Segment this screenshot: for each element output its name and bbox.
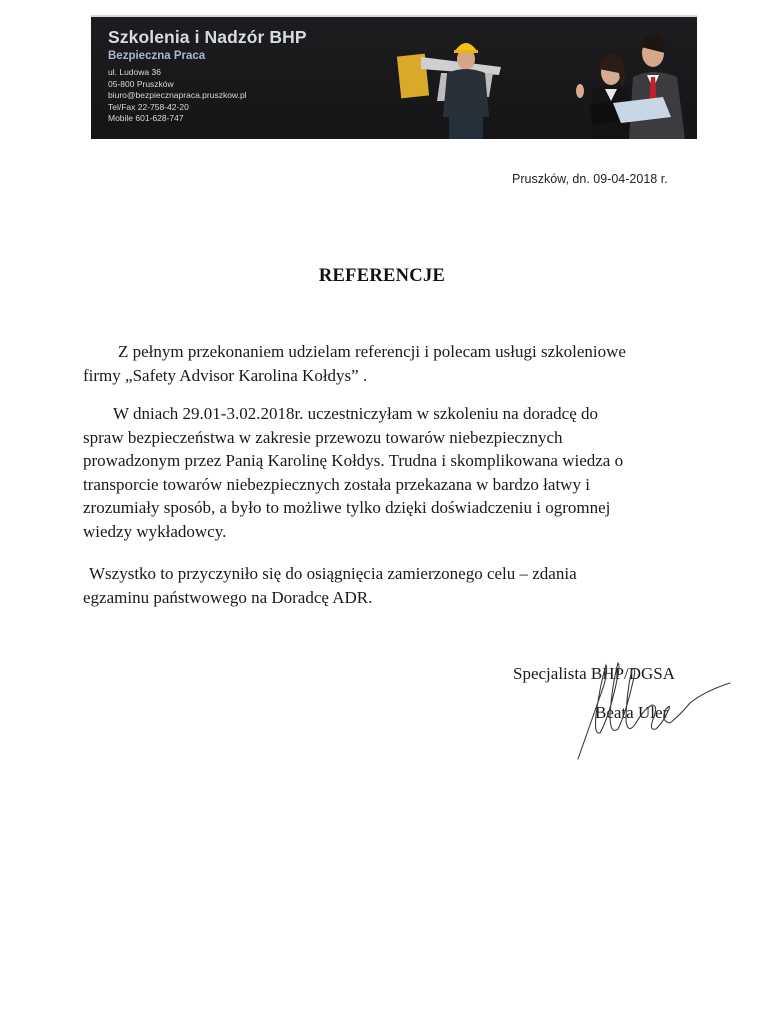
p3-line-2: egzaminu państwowego na Doradcę ADR.: [83, 588, 372, 607]
company-tagline: Bezpieczna Praca: [108, 50, 307, 62]
p2-line-4: transporcie towarów niebezpiecznych zost…: [83, 475, 590, 494]
place-and-date: Pruszków, dn. 09-04-2018 r.: [512, 172, 668, 186]
document-title: REFERENCJE: [0, 266, 764, 287]
handwritten-signature-icon: [560, 655, 740, 765]
phone-fax: Tel/Fax 22-758-42-20: [108, 102, 307, 114]
p2-line-5: zrozumiały sposób, a było to możliwe tyl…: [83, 498, 610, 517]
p2-line-2: spraw bezpieczeństwa w zakresie przewozu…: [83, 428, 563, 447]
paragraph-training-details: W dniach 29.01-3.02.2018r. uczestniczyła…: [83, 402, 683, 543]
p1-line-2: firmy „Safety Advisor Karolina Kołdys” .: [83, 366, 367, 385]
business-woman-icon: [576, 54, 631, 139]
p2-line-3: prowadzonym przez Panią Karolinę Kołdys.…: [83, 451, 623, 470]
address-city: 05-800 Pruszków: [108, 79, 307, 91]
company-name: Szkolenia i Nadzór BHP: [108, 27, 307, 48]
paragraph-recommendation: Z pełnym przekonaniem udzielam referencj…: [83, 340, 683, 387]
p2-line-6: wiedzy wykładowcy.: [83, 522, 226, 541]
worker-with-ladder-icon: [397, 43, 501, 139]
p2-line-1: W dniach 29.01-3.02.2018r. uczestniczyła…: [113, 404, 598, 423]
p1-line-1: Z pełnym przekonaniem udzielam referencj…: [118, 342, 626, 361]
letterhead-contact: Szkolenia i Nadzór BHP Bezpieczna Praca …: [108, 27, 307, 125]
p3-line-1: Wszystko to przyczyniło się do osiągnięc…: [89, 564, 577, 583]
paragraph-outcome: Wszystko to przyczyniło się do osiągnięc…: [83, 562, 683, 609]
phone-mobile: Mobile 601-628-747: [108, 113, 307, 125]
letterhead-banner: Szkolenia i Nadzór BHP Bezpieczna Praca …: [91, 15, 697, 139]
email-address: biuro@bezpiecznapraca.pruszkow.pl: [108, 90, 307, 102]
letterhead-photo-icon: [381, 17, 697, 139]
address-street: ul. Ludowa 36: [108, 67, 307, 79]
